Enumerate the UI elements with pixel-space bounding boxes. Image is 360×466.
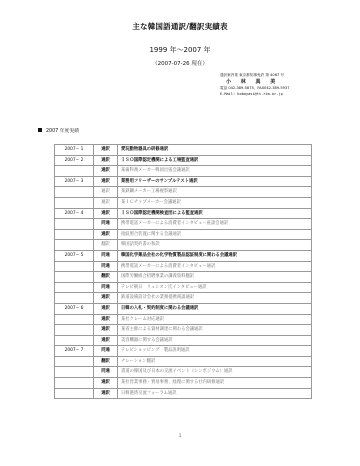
- cell-description: 携帯電話メーカーによる消費者インタビュー通訳: [118, 261, 312, 272]
- table-row: 通訳某歯科剤メーカー韓国出張会議通訳: [55, 166, 312, 177]
- cell-description: 韓国化学薬品会社の化学物質製品認証制度に関わる会議通訳: [118, 250, 312, 261]
- cell-description: 業務用フリーザーのサンプルテスト通訳: [118, 176, 312, 187]
- table-row: 通訳日韓港湾交流フォーラム通訳: [55, 388, 312, 399]
- period-heading: 1999 年～2007 年: [0, 45, 360, 55]
- table-row: 通訳美容機器に関する会議通訳: [55, 335, 312, 346]
- cell-date: [55, 219, 94, 230]
- cell-type: 通訳: [94, 166, 118, 177]
- cell-description: 某社クレーム対応通訳: [118, 314, 312, 325]
- cell-date: 2007− 7: [55, 346, 94, 357]
- cell-description: 国際労働組合招聘事業の講義資料翻訳: [118, 272, 312, 283]
- cell-description: テレビショッピング 製品説明通訳: [118, 346, 312, 357]
- cell-type: 同通: [94, 219, 118, 230]
- cell-type: 通訳: [94, 208, 118, 219]
- table-row: 通訳某省主催による資材調達に関わる会議通訳: [55, 325, 312, 336]
- cell-date: [55, 388, 94, 399]
- cell-description: 某鉄鋼メーカー工場視察通訳: [118, 187, 312, 198]
- cell-date: [55, 367, 94, 378]
- cell-date: [55, 293, 94, 304]
- cell-date: [55, 187, 94, 198]
- table-row: 2007− 4通訳ＩＳＯ国際認定機関検査団による監査通訳: [55, 208, 312, 219]
- email-line: E-Mail: kobayasi@tt.rim.or.jp: [220, 91, 340, 98]
- table-row: 同通テレビ朝日 リュシオン氏インタビュー通訳: [55, 282, 312, 293]
- section-heading: 2007 年度実績: [38, 127, 79, 134]
- cell-date: 2007− 1: [55, 145, 94, 156]
- cell-type: 通訳: [94, 325, 118, 336]
- cell-description: ＩＳＯ国際認定機関検査団による監査通訳: [118, 208, 312, 219]
- page-number: 1: [0, 434, 360, 439]
- cell-date: [55, 272, 94, 283]
- cell-type: 通訳: [94, 303, 118, 314]
- cell-type: 同通: [94, 367, 118, 378]
- table-row: 通訳某社営業事務・貿易事務、経理に関する社内研修通訳: [55, 378, 312, 389]
- table-row: 同通携帯電話メーカーによる消費者インタビュー座談会通訳: [55, 219, 312, 230]
- cell-type: 通訳: [94, 176, 118, 187]
- cell-description: 日韓の入札・契約制度に関わる会議通訳: [118, 303, 312, 314]
- table-row: 同通携帯電話メーカーによる消費者インタビュー通訳: [55, 261, 312, 272]
- table-row: 2007− 1通訳愛玩動物器具の研修通訳: [55, 145, 312, 156]
- square-bullet-icon: [38, 128, 42, 132]
- cell-type: 通訳: [94, 335, 118, 346]
- cell-description: 某社営業事務・貿易事務、経理に関する社内研修通訳: [118, 378, 312, 389]
- cell-date: [55, 356, 94, 367]
- cell-date: [55, 335, 94, 346]
- cell-description: 某歯科剤メーカー韓国出張会議通訳: [118, 166, 312, 177]
- records-table: 2007− 1通訳愛玩動物器具の研修通訳2007− 2通訳ＩＳＯ国際認定機関によ…: [54, 144, 312, 399]
- table-row: 2007− 5同通韓国化学薬品会社の化学物質製品認証制度に関わる会議通訳: [55, 250, 312, 261]
- phone-line: 電話 042-389-5875、FAX042-389-5937: [220, 85, 340, 92]
- cell-type: 翻訳: [94, 272, 118, 283]
- cell-type: 通訳: [94, 314, 118, 325]
- cell-date: [55, 229, 94, 240]
- table-row: 2007− 3通訳業務用フリーザーのサンプルテスト通訳: [55, 176, 312, 187]
- cell-description: ナレーション翻訳: [118, 356, 312, 367]
- cell-type: 同通: [94, 346, 118, 357]
- table-row: 翻訳韓国語契約書の和訳: [55, 240, 312, 251]
- table-row: 2007− 7同通テレビショッピング 製品説明通訳: [55, 346, 312, 357]
- document-title: 主な韓国語通訳/翻訳実績表: [0, 21, 360, 32]
- contact-block: 通訳案内業 東京都知事免許 第 4067 号 小 林 真 美 電話 042-38…: [220, 72, 340, 98]
- cell-date: 2007− 3: [55, 176, 94, 187]
- cell-date: 2007− 6: [55, 303, 94, 314]
- cell-description: 鉄道設備設計会社の業務提携商談通訳: [118, 293, 312, 304]
- cell-date: 2007− 2: [55, 155, 94, 166]
- cell-description: 書道の韓国及び日本の交流イベント（シンポジウム）通訳: [118, 367, 312, 378]
- cell-type: 通訳: [94, 155, 118, 166]
- cell-description: 某ＩＣチップメーカー会議通訳: [118, 197, 312, 208]
- cell-type: 同通: [94, 261, 118, 272]
- cell-description: 指紋照合装置に関する会議通訳: [118, 229, 312, 240]
- cell-description: 韓国語契約書の和訳: [118, 240, 312, 251]
- cell-description: テレビ朝日 リュシオン氏インタビュー通訳: [118, 282, 312, 293]
- table-row: 通訳某社クレーム対応通訳: [55, 314, 312, 325]
- cell-date: [55, 261, 94, 272]
- cell-date: [55, 314, 94, 325]
- cell-description: 愛玩動物器具の研修通訳: [118, 145, 312, 156]
- cell-date: [55, 282, 94, 293]
- cell-date: [55, 240, 94, 251]
- cell-date: 2007− 4: [55, 208, 94, 219]
- cell-date: [55, 166, 94, 177]
- table-row: 同通書道の韓国及び日本の交流イベント（シンポジウム）通訳: [55, 367, 312, 378]
- cell-type: 通訳: [94, 378, 118, 389]
- cell-type: 通訳: [94, 145, 118, 156]
- table-row: 通訳某鉄鋼メーカー工場視察通訳: [55, 187, 312, 198]
- table-row: 通訳某ＩＣチップメーカー会議通訳: [55, 197, 312, 208]
- table-row: 2007− 6通訳日韓の入札・契約制度に関わる会議通訳: [55, 303, 312, 314]
- cell-date: [55, 378, 94, 389]
- cell-description: 携帯電話メーカーによる消費者インタビュー座談会通訳: [118, 219, 312, 230]
- cell-type: 翻訳: [94, 356, 118, 367]
- cell-type: 通訳: [94, 293, 118, 304]
- table-row: 翻訳国際労働組合招聘事業の講義資料翻訳: [55, 272, 312, 283]
- cell-date: [55, 197, 94, 208]
- table-row: 2007− 2通訳ＩＳＯ国際認定機関による工場監査通訳: [55, 155, 312, 166]
- cell-date: [55, 325, 94, 336]
- section-heading-text: 2007 年度実績: [46, 129, 79, 134]
- license-line: 通訳案内業 東京都知事免許 第 4067 号: [220, 72, 340, 79]
- cell-type: 同通: [94, 250, 118, 261]
- cell-date: 2007− 5: [55, 250, 94, 261]
- cell-type: 通訳: [94, 187, 118, 198]
- cell-type: 翻訳: [94, 240, 118, 251]
- cell-type: 通訳: [94, 388, 118, 399]
- table-row: 通訳鉄道設備設計会社の業務提携商談通訳: [55, 293, 312, 304]
- table-row: 翻訳ナレーション翻訳: [55, 356, 312, 367]
- cell-description: ＩＳＯ国際認定機関による工場監査通訳: [118, 155, 312, 166]
- cell-description: 美容機器に関する会議通訳: [118, 335, 312, 346]
- cell-type: 通訳: [94, 197, 118, 208]
- cell-type: 同通: [94, 282, 118, 293]
- cell-description: 日韓港湾交流フォーラム通訳: [118, 388, 312, 399]
- table-row: 通訳指紋照合装置に関する会議通訳: [55, 229, 312, 240]
- cell-type: 通訳: [94, 229, 118, 240]
- as-of-date: （2007-07-26 現在）: [0, 59, 360, 67]
- cell-description: 某省主催による資材調達に関わる会議通訳: [118, 325, 312, 336]
